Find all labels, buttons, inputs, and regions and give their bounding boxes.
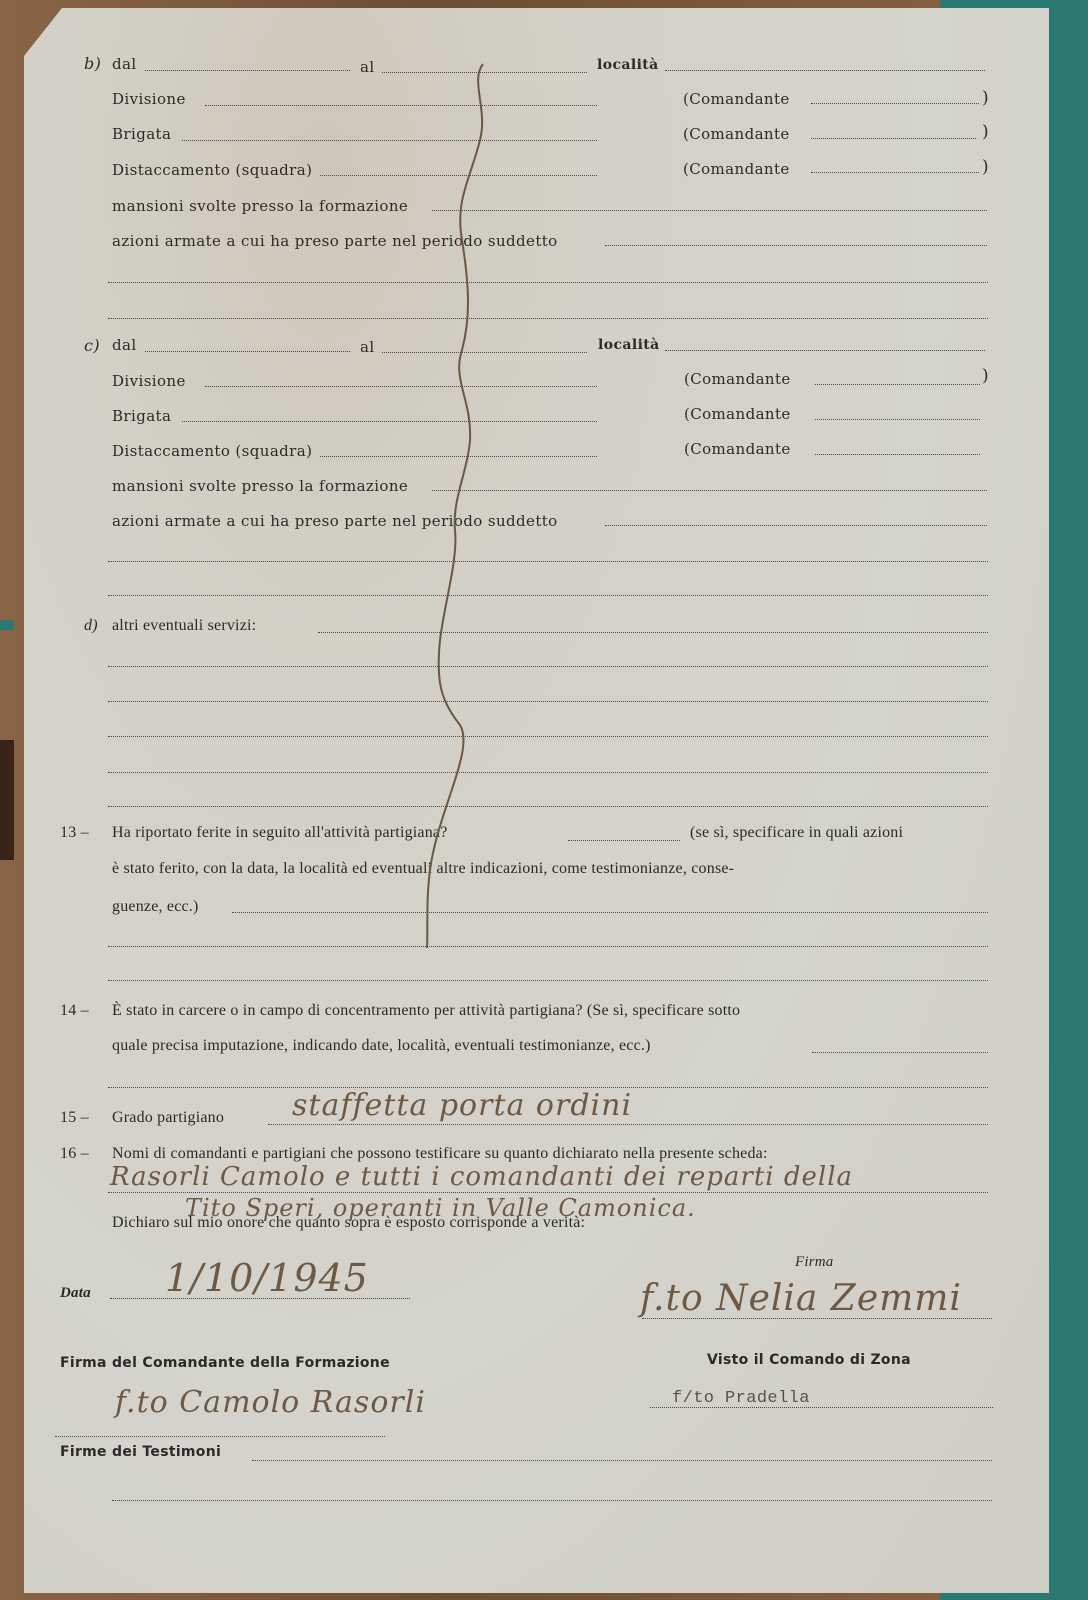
divisione-field[interactable] [205,386,597,387]
azioni-label: azioni armate a cui ha preso parte nel p… [112,232,558,250]
dal-label: dal [112,55,137,73]
comandante-field[interactable] [811,138,976,139]
al-field[interactable] [382,72,587,73]
localita-field[interactable] [665,70,985,71]
signature-handwriting: f.to Nelia Zemmi [640,1278,962,1319]
q14-number: 14 – [60,1002,89,1020]
brigata-field[interactable] [182,421,597,422]
q13-text-line2: è stato ferito, con la data, la località… [112,860,734,878]
commander-signature-field[interactable] [55,1436,385,1437]
q15-number: 15 – [60,1109,89,1127]
section-d-marker: d) [84,617,98,635]
q13-details-field[interactable] [232,912,988,913]
comandante-label: (Comandante [683,125,790,143]
azioni-field-line[interactable] [108,282,988,283]
mansioni-label: mansioni svolte presso la formazione [112,197,408,215]
q13-details-line[interactable] [108,980,988,981]
mansioni-field[interactable] [432,210,987,211]
q16-handwriting-line1: Rasorli Camolo e tutti i comandanti dei … [110,1162,853,1192]
azioni-field[interactable] [605,525,987,526]
comandante-field[interactable] [815,454,980,455]
close-paren: ) [982,122,989,142]
distaccamento-label: Distaccamento (squadra) [112,161,312,179]
azioni-field-line[interactable] [108,595,988,596]
azioni-field-line[interactable] [108,561,988,562]
signature-label: Firma [795,1254,834,1271]
q13-text-line3: guenze, ecc.) [112,898,199,916]
comandante-label: (Comandante [684,440,791,458]
brigata-label: Brigata [112,407,171,425]
q14-text-line2: quale precisa imputazione, indicando dat… [112,1037,651,1055]
altri-servizi-line[interactable] [108,736,988,737]
section-c-marker: c) [84,336,100,355]
azioni-label: azioni armate a cui ha preso parte nel p… [112,512,558,530]
al-label: al [360,58,375,76]
localita-label: località [597,57,659,73]
altri-servizi-line[interactable] [108,806,988,807]
q14-text: È stato in carcere o in campo di concent… [112,1002,740,1020]
close-paren: ) [982,88,989,108]
teal-strip [0,620,14,630]
q16-names-field[interactable] [108,1192,988,1193]
date-label: Data [60,1285,91,1302]
comandante-field[interactable] [811,103,979,104]
localita-field[interactable] [665,350,985,351]
dark-edge [0,740,14,860]
comandante-label: (Comandante [683,90,790,108]
brigata-field[interactable] [182,140,597,141]
grado-partigiano-field[interactable] [268,1124,988,1125]
al-label: al [360,338,375,356]
al-field[interactable] [382,352,587,353]
comandante-label: (Comandante [683,160,790,178]
witnesses-field-line[interactable] [112,1500,992,1501]
divisione-field[interactable] [205,105,597,106]
altri-servizi-line[interactable] [108,666,988,667]
altri-servizi-line[interactable] [108,772,988,773]
comandante-label: (Comandante [684,405,791,423]
commander-signature-label: Firma del Comandante della Formazione [60,1355,390,1371]
grado-partigiano-handwriting: staffetta porta ordini [292,1088,632,1123]
comandante-field[interactable] [815,419,980,420]
comandante-field[interactable] [811,172,979,173]
q13-text: Ha riportato ferite in seguito all'attiv… [112,824,448,842]
localita-label: località [598,337,660,353]
q13-text-tail: (se sì, specificare in quali azioni [690,824,903,842]
witnesses-label: Firme dei Testimoni [60,1444,221,1460]
q16-number: 16 – [60,1145,89,1163]
azioni-field[interactable] [605,245,987,246]
close-paren: ) [982,366,989,386]
q15-label: Grado partigiano [112,1109,224,1127]
altri-servizi-line[interactable] [108,701,988,702]
witnesses-field[interactable] [252,1460,992,1461]
q14-details-field[interactable] [812,1052,988,1053]
divisione-label: Divisione [112,372,186,390]
altri-servizi-label: altri eventuali servizi: [112,617,256,635]
divisione-label: Divisione [112,90,186,108]
distaccamento-label: Distaccamento (squadra) [112,442,312,460]
section-b-marker: b) [84,54,101,73]
mansioni-label: mansioni svolte presso la formazione [112,477,408,495]
altri-servizi-field[interactable] [318,632,988,633]
distaccamento-field[interactable] [320,175,597,176]
brigata-label: Brigata [112,125,171,143]
zone-command-typed-value: f/to Pradella [672,1389,810,1408]
dal-field[interactable] [145,351,350,352]
zone-command-label: Visto il Comando di Zona [707,1352,911,1368]
mansioni-field[interactable] [432,490,987,491]
comandante-label: (Comandante [684,370,791,388]
dal-field[interactable] [145,70,350,71]
declaration-text: Dichiaro sul mio onore che quanto sopra … [112,1214,585,1232]
close-paren: ) [982,157,989,177]
date-handwriting: 1/10/1945 [165,1256,369,1300]
dal-label: dal [112,336,137,354]
comandante-field[interactable] [815,384,980,385]
q16-label: Nomi di comandanti e partigiani che poss… [112,1145,768,1163]
commander-signature-handwriting: f.to Camolo Rasorli [115,1385,426,1420]
azioni-field-line[interactable] [108,318,988,319]
q13-answer-field[interactable] [568,840,680,841]
q13-details-line[interactable] [108,946,988,947]
distaccamento-field[interactable] [320,456,597,457]
q13-number: 13 – [60,824,89,842]
